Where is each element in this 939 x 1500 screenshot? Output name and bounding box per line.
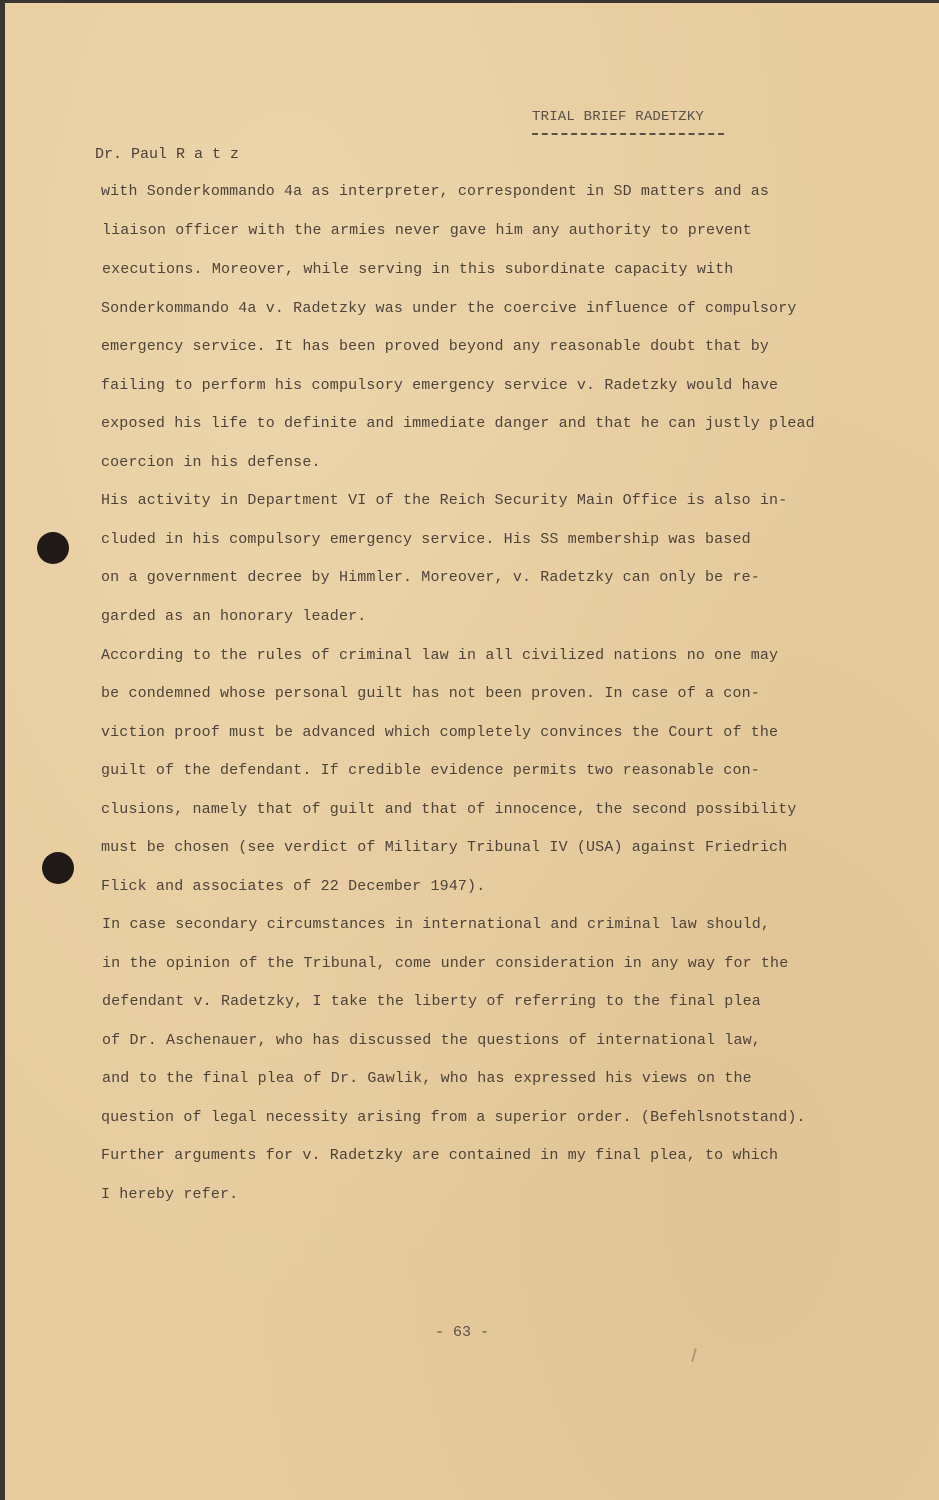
body-line: be condemned whose personal guilt has no… bbox=[101, 685, 760, 702]
body-line: question of legal necessity arising from… bbox=[101, 1109, 806, 1126]
punch-hole-bottom bbox=[42, 852, 74, 884]
author-name: Dr. Paul R a t z bbox=[95, 146, 239, 163]
body-line: Flick and associates of 22 December 1947… bbox=[101, 878, 485, 895]
body-line: His activity in Department VI of the Rei… bbox=[101, 492, 787, 509]
document-page: TRIAL BRIEF RADETZKY Dr. Paul R a t z wi… bbox=[5, 3, 939, 1500]
punch-hole-top bbox=[37, 532, 69, 564]
body-line: failing to perform his compulsory emerge… bbox=[101, 377, 778, 394]
pencil-mark bbox=[691, 1348, 697, 1362]
body-line: on a government decree by Himmler. Moreo… bbox=[101, 569, 760, 586]
body-line: liaison officer with the armies never ga… bbox=[102, 222, 752, 239]
body-line: clusions, namely that of guilt and that … bbox=[101, 801, 797, 818]
body-line: garded as an honorary leader. bbox=[101, 608, 366, 625]
header-underline bbox=[532, 133, 724, 135]
document-header-title: TRIAL BRIEF RADETZKY bbox=[532, 109, 704, 125]
body-line: coercion in his defense. bbox=[101, 454, 321, 471]
body-line: I hereby refer. bbox=[101, 1186, 238, 1203]
body-line: According to the rules of criminal law i… bbox=[101, 647, 778, 664]
body-line: and to the final plea of Dr. Gawlik, who… bbox=[102, 1070, 752, 1087]
body-line: In case secondary circumstances in inter… bbox=[102, 916, 770, 933]
body-line: executions. Moreover, while serving in t… bbox=[102, 261, 733, 278]
body-line: of Dr. Aschenauer, who has discussed the… bbox=[102, 1032, 761, 1049]
body-line: cluded in his compulsory emergency servi… bbox=[101, 531, 751, 548]
body-line: defendant v. Radetzky, I take the libert… bbox=[102, 993, 761, 1010]
body-line: in the opinion of the Tribunal, come und… bbox=[102, 955, 788, 972]
body-line: viction proof must be advanced which com… bbox=[101, 724, 778, 741]
body-line: guilt of the defendant. If credible evid… bbox=[101, 762, 760, 779]
body-line: with Sonderkommando 4a as interpreter, c… bbox=[101, 183, 769, 200]
body-line: Sonderkommando 4a v. Radetzky was under … bbox=[101, 300, 797, 317]
body-line: Further arguments for v. Radetzky are co… bbox=[101, 1147, 778, 1164]
body-line: must be chosen (see verdict of Military … bbox=[101, 839, 787, 856]
body-line: emergency service. It has been proved be… bbox=[101, 338, 769, 355]
page-number: - 63 - bbox=[435, 1324, 489, 1341]
body-line: exposed his life to definite and immedia… bbox=[101, 415, 815, 432]
